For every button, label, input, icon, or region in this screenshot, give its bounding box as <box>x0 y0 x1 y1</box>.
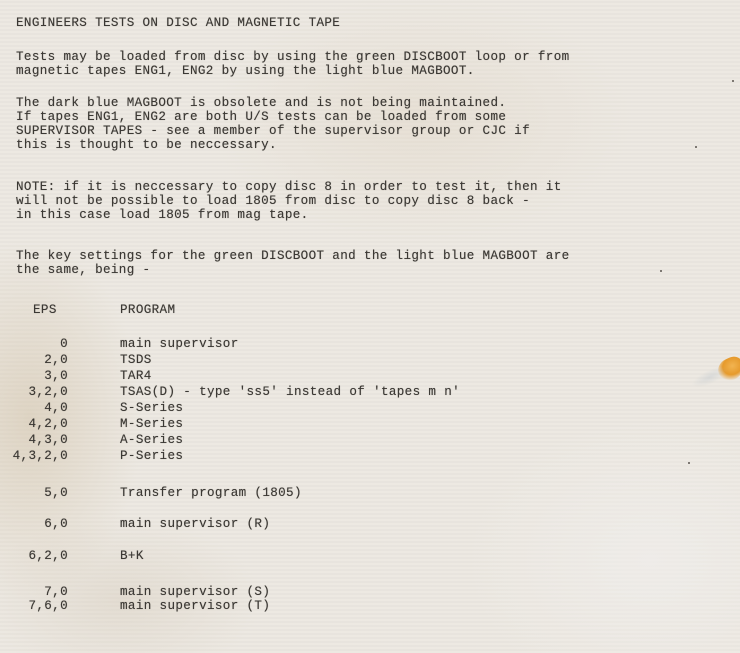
table-row: 3,2,0TSAS(D) - type 'ss5' instead of 'ta… <box>0 385 740 399</box>
program-name: main supervisor (T) <box>120 599 270 613</box>
eps-setting: 2,0 <box>44 353 68 367</box>
eps-setting: 5,0 <box>44 486 68 500</box>
program-name: P-Series <box>120 449 183 463</box>
paragraph-1-line-2: magnetic tapes ENG1, ENG2 by using the l… <box>16 64 475 78</box>
eps-setting: 4,0 <box>44 401 68 415</box>
program-name: TSAS(D) - type 'ss5' instead of 'tapes m… <box>120 385 460 399</box>
table-row: 5,0Transfer program (1805) <box>0 486 740 500</box>
eps-setting: 0 <box>60 337 68 351</box>
paragraph-4-line-2: the same, being - <box>16 263 150 277</box>
paragraph-4-line-1: The key settings for the green DISCBOOT … <box>16 249 570 263</box>
program-name: A-Series <box>120 433 183 447</box>
program-name: TSDS <box>120 353 152 367</box>
eps-setting: 6,2,0 <box>28 549 68 563</box>
program-name: B+K <box>120 549 144 563</box>
table-row: 0main supervisor <box>0 337 740 351</box>
table-row: 4,0S-Series <box>0 401 740 415</box>
note-line-1: NOTE: if it is neccessary to copy disc 8… <box>16 180 562 194</box>
eps-setting: 4,3,0 <box>28 433 68 447</box>
program-name: main supervisor <box>120 337 239 351</box>
program-name: Transfer program (1805) <box>120 486 302 500</box>
program-name: M-Series <box>120 417 183 431</box>
table-row: 4,3,0A-Series <box>0 433 740 447</box>
table-row: 3,0TAR4 <box>0 369 740 383</box>
paragraph-2-line-4: this is thought to be neccessary. <box>16 138 277 152</box>
typewritten-page: ENGINEERS TESTS ON DISC AND MAGNETIC TAP… <box>0 0 740 653</box>
speck <box>660 270 662 272</box>
table-row: 6,2,0B+K <box>0 549 740 563</box>
speck <box>688 462 690 464</box>
eps-header: EPS <box>33 303 57 317</box>
table-header: EPS PROGRAM <box>0 303 740 317</box>
note-line-2: will not be possible to load 1805 from d… <box>16 194 530 208</box>
eps-setting: 4,3,2,0 <box>13 449 68 463</box>
table-row: 4,3,2,0P-Series <box>0 449 740 463</box>
table-row: 2,0TSDS <box>0 353 740 367</box>
program-name: TAR4 <box>120 369 152 383</box>
document-title: ENGINEERS TESTS ON DISC AND MAGNETIC TAP… <box>16 16 340 30</box>
eps-setting: 3,0 <box>44 369 68 383</box>
program-header: PROGRAM <box>120 303 175 317</box>
table-row: 7,6,0main supervisor (T) <box>0 599 740 613</box>
eps-setting: 3,2,0 <box>28 385 68 399</box>
program-name: S-Series <box>120 401 183 415</box>
note-line-3: in this case load 1805 from mag tape. <box>16 208 309 222</box>
paragraph-1-line-1: Tests may be loaded from disc by using t… <box>16 50 570 64</box>
paragraph-2-line-3: SUPERVISOR TAPES - see a member of the s… <box>16 124 530 138</box>
eps-setting: 7,6,0 <box>28 599 68 613</box>
paragraph-2-line-2: If tapes ENG1, ENG2 are both U/S tests c… <box>16 110 506 124</box>
program-name: main supervisor (R) <box>120 517 270 531</box>
paragraph-2-line-1: The dark blue MAGBOOT is obsolete and is… <box>16 96 506 110</box>
table-row: 6,0main supervisor (R) <box>0 517 740 531</box>
eps-setting: 6,0 <box>44 517 68 531</box>
program-name: main supervisor (S) <box>120 585 270 599</box>
speck <box>732 80 734 82</box>
speck <box>695 146 697 148</box>
table-row: 7,0main supervisor (S) <box>0 585 740 599</box>
eps-setting: 7,0 <box>44 585 68 599</box>
table-row: 4,2,0M-Series <box>0 417 740 431</box>
eps-setting: 4,2,0 <box>28 417 68 431</box>
